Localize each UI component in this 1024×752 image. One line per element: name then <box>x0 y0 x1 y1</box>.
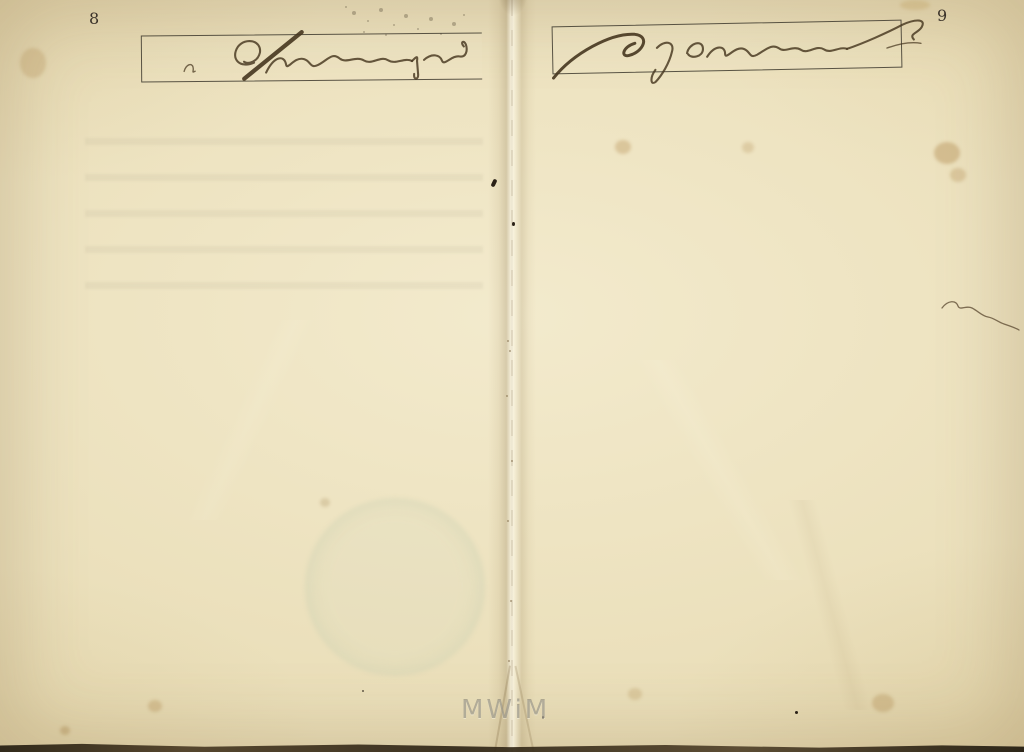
margin-note <box>936 292 1024 336</box>
page-number-right: 9 <box>937 6 948 25</box>
foxing-spot <box>950 168 966 182</box>
fold-top-shadow <box>498 0 528 16</box>
round-stain <box>305 498 485 676</box>
foxing-spot <box>628 688 642 700</box>
foxing-spot <box>872 694 894 712</box>
foxing-spot <box>20 48 46 78</box>
ink-speck <box>362 690 364 692</box>
foxing-spot <box>320 498 330 507</box>
page-number-left: 8 <box>89 9 100 28</box>
foxing-spot <box>900 0 930 10</box>
crumple-highlight <box>110 320 390 520</box>
name-box-right <box>552 20 903 75</box>
crumple-shadow <box>680 500 980 710</box>
ink-smudge-cluster <box>345 6 347 8</box>
fold-crease-line <box>511 0 513 752</box>
name-box-left <box>141 33 482 83</box>
foxing-spot <box>615 140 631 154</box>
foxing-spot <box>742 142 754 153</box>
document-scan: 8 9 MWiM <box>0 0 1024 752</box>
archive-watermark: MWiM <box>461 695 550 725</box>
foxing-spot <box>148 700 162 712</box>
foxing-spot <box>60 726 70 735</box>
show-through-lines <box>85 138 483 310</box>
fold-specks <box>507 340 509 342</box>
crumple-highlight <box>560 360 880 580</box>
ink-speck <box>512 222 515 226</box>
foxing-spot <box>934 142 960 164</box>
ink-speck <box>795 711 798 714</box>
